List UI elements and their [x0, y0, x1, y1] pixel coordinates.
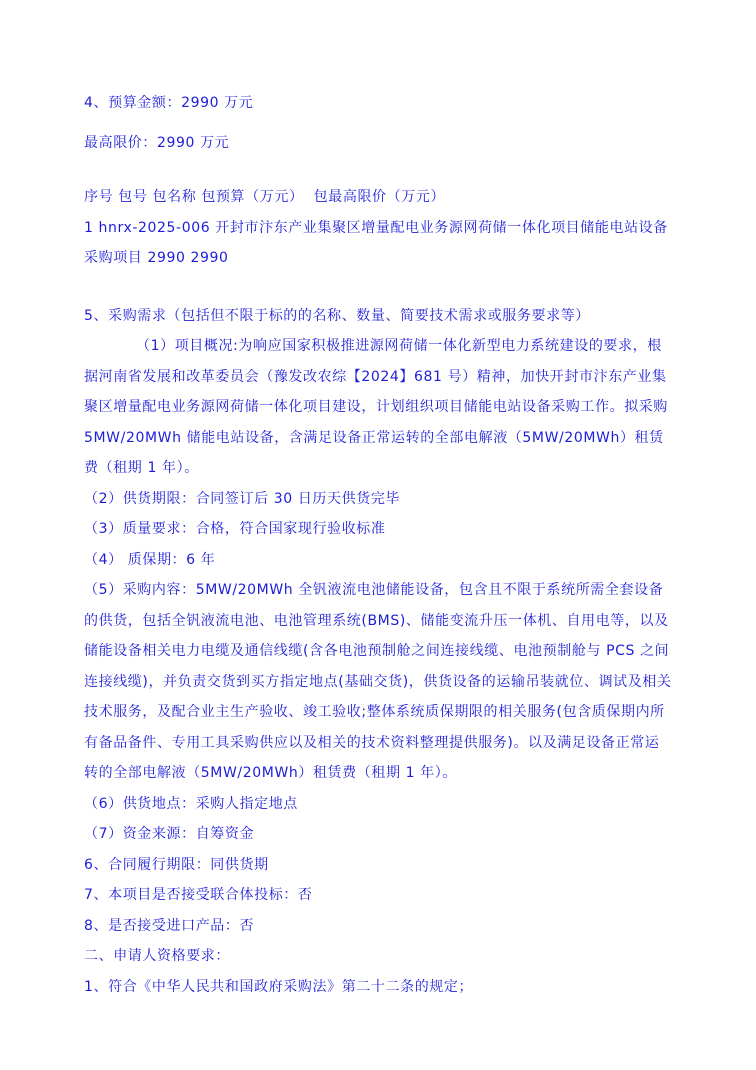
para-delivery-location: （6）供货地点：采购人指定地点 — [84, 789, 673, 820]
para-max-price: 最高限价：2990 万元 — [84, 128, 673, 159]
document-page: 4、预算金额：2990 万元 最高限价：2990 万元 序号 包号 包名称 包预… — [0, 0, 756, 1070]
document-body: 4、预算金额：2990 万元 最高限价：2990 万元 序号 包号 包名称 包预… — [84, 88, 673, 1002]
para-applicant-qualification-heading: 二、申请人资格要求： — [84, 941, 673, 972]
para-delivery-period: （2）供货期限：合同签订后 30 日历天供货完毕 — [84, 484, 673, 515]
package-table-header: 序号 包号 包名称 包预算（万元） 包最高限价（万元） — [84, 182, 673, 213]
para-qualification-law: 1、符合《中华人民共和国政府采购法》第二十二条的规定； — [84, 972, 673, 1003]
para-procurement-requirements-heading: 5、采购需求（包括但不限于标的的名称、数量、简要技术需求或服务要求等） — [84, 301, 673, 332]
para-consortium-bidding: 7、本项目是否接受联合体投标：否 — [84, 880, 673, 911]
para-quality-requirement: （3）质量要求：合格，符合国家现行验收标准 — [84, 514, 673, 545]
para-funding-source: （7）资金来源：自筹资金 — [84, 819, 673, 850]
package-table-row: 1 hnrx-2025-006 开封市汴东产业集聚区增量配电业务源网荷储一体化项… — [84, 213, 673, 274]
para-project-overview: （1）项目概况:为响应国家积极推进源网荷储一体化新型电力系统建设的要求，根据河南… — [84, 331, 673, 484]
para-contract-duration: 6、合同履行期限：同供货期 — [84, 850, 673, 881]
para-budget-amount: 4、预算金额：2990 万元 — [84, 88, 673, 119]
para-warranty-period: （4） 质保期：6 年 — [84, 545, 673, 576]
para-import-products: 8、是否接受进口产品：否 — [84, 911, 673, 942]
para-procurement-content: （5）采购内容：5MW/20MWh 全钒液流电池储能设备，包含且不限于系统所需全… — [84, 575, 673, 789]
